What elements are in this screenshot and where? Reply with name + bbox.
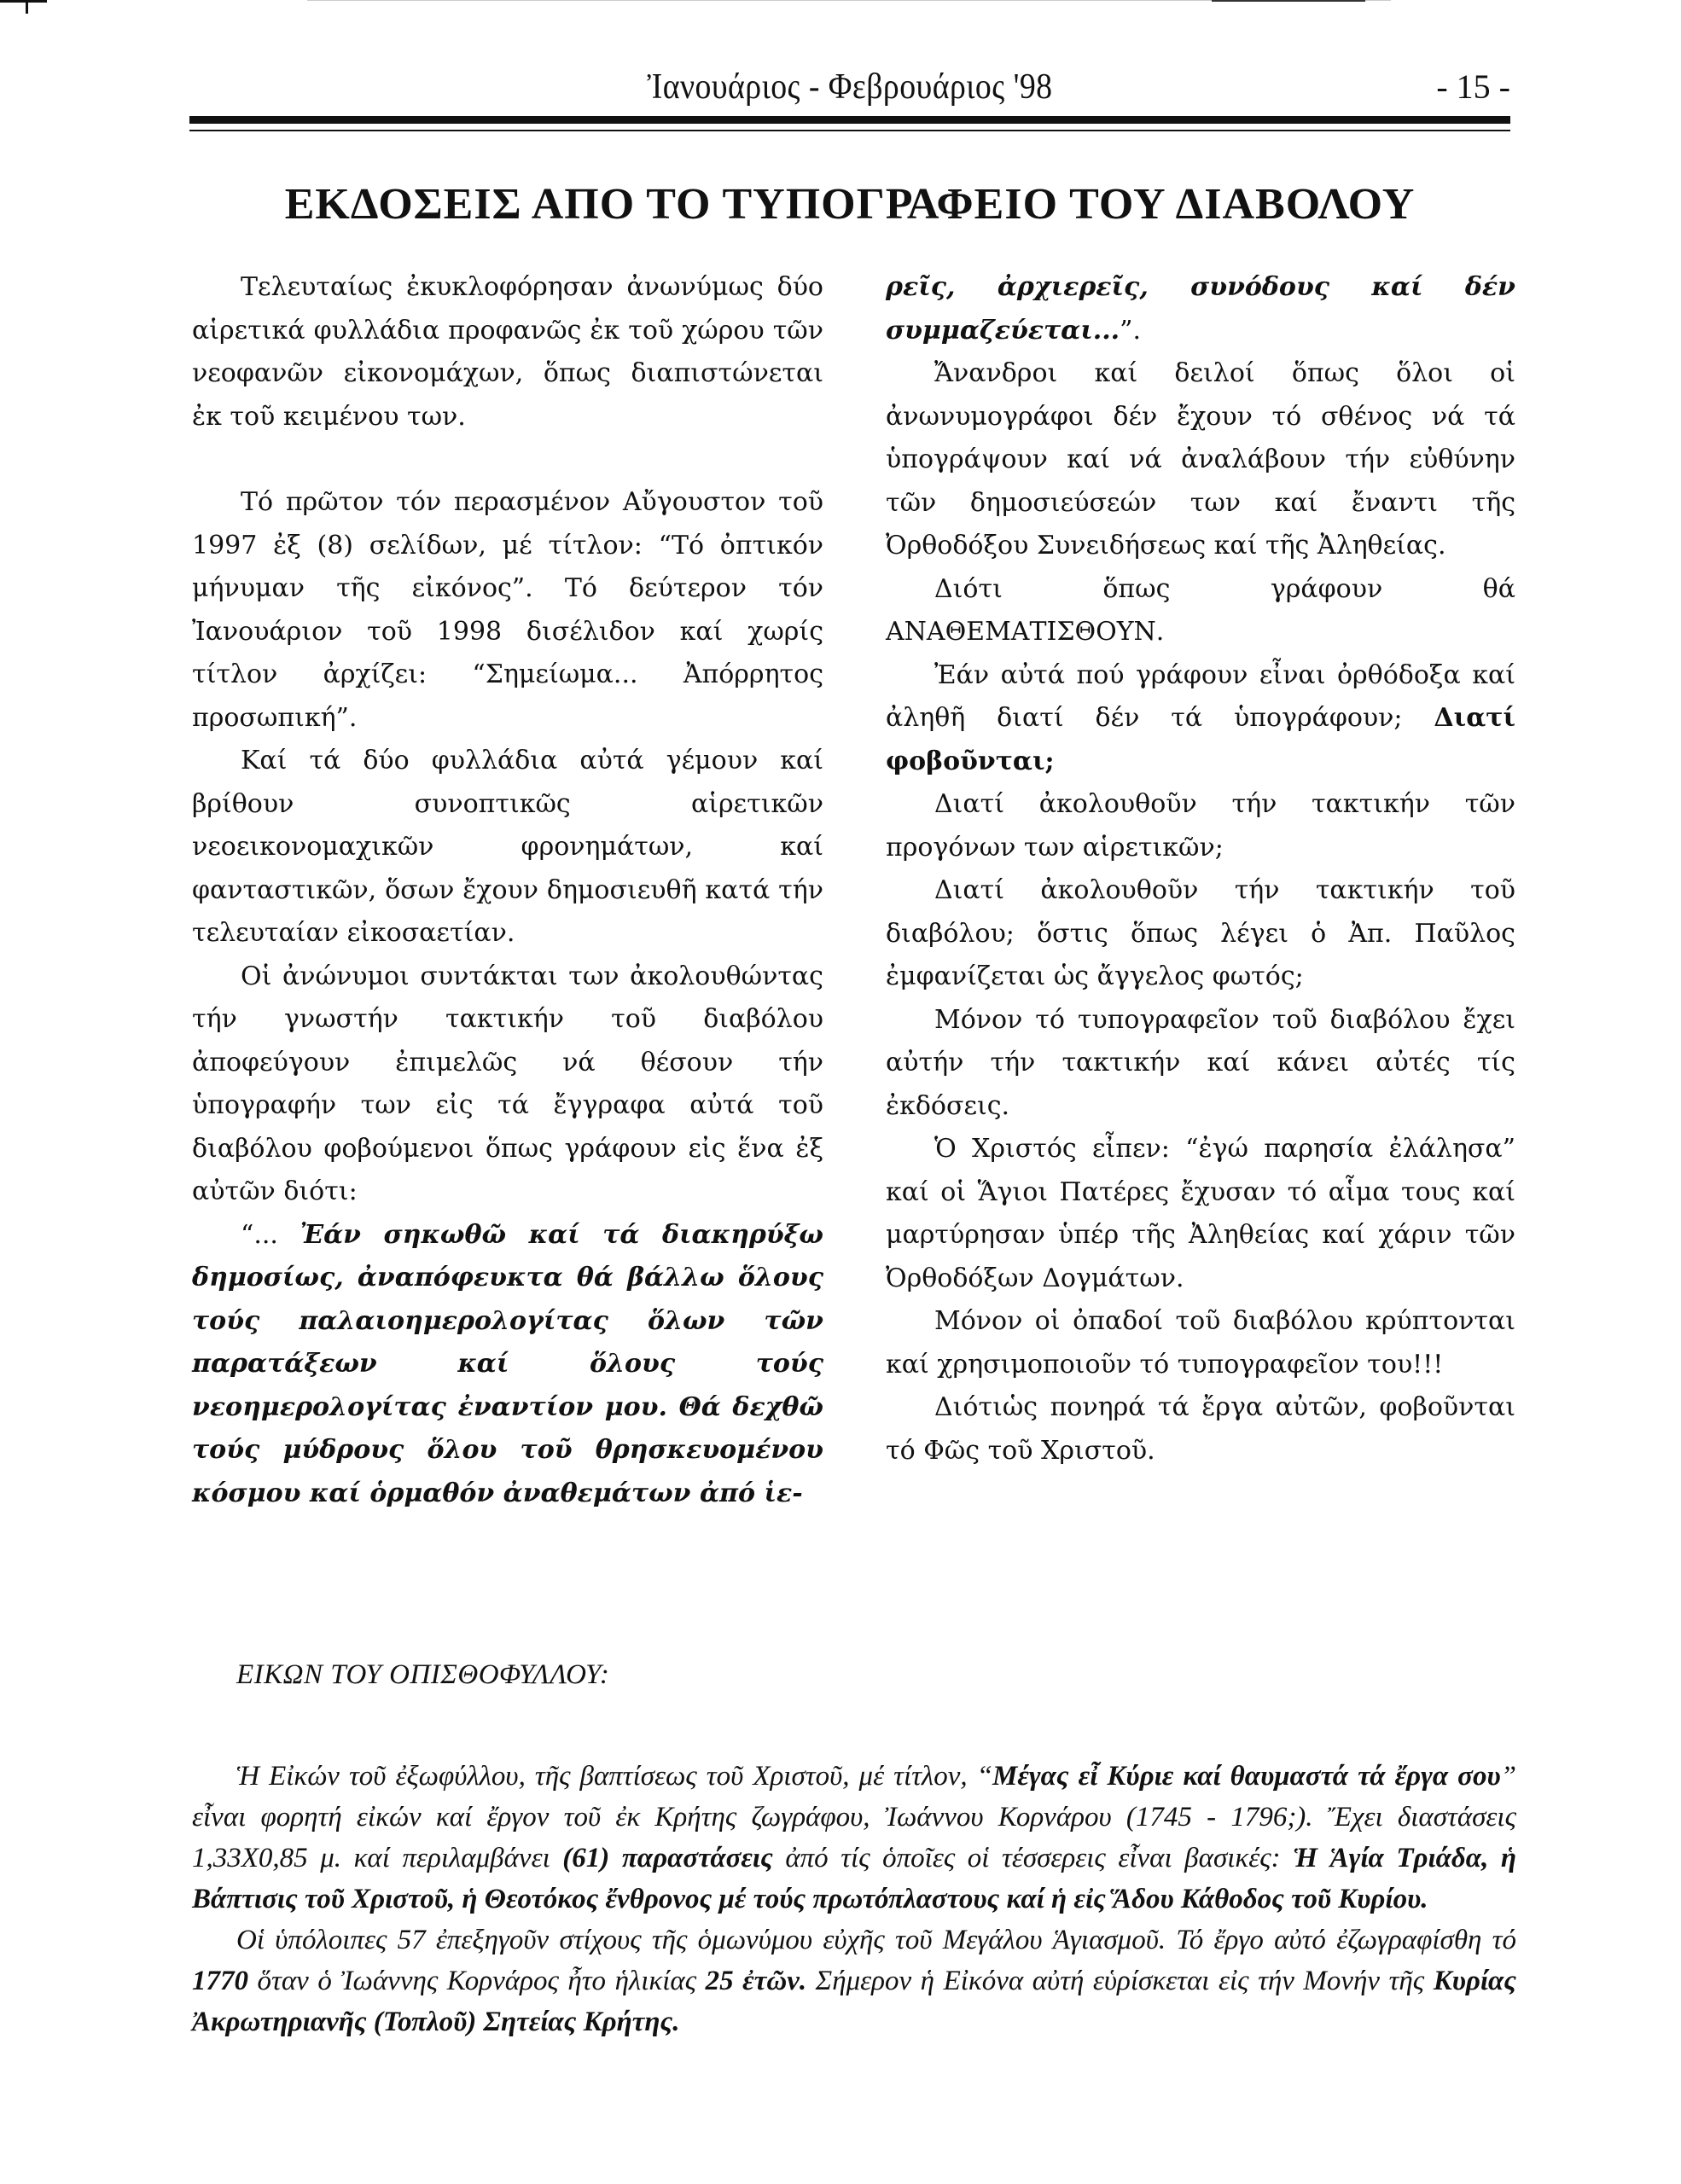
left-column: Τελευταίως ἐκυκλοφόρησαν ἀνωνύμως δύο αἱ…	[192, 266, 823, 1515]
scan-artifact	[1212, 0, 1365, 2]
cover-note-body: Ἡ Εἰκών τοῦ ἐξωφύλλου, τῆς βαπτίσεως τοῦ…	[192, 1756, 1516, 2042]
running-header: Ἰανουάριος - Φεβρουάριος '98 - 15 -	[189, 67, 1510, 109]
paragraph: Διατί ἀκολουθοῦν τήν τακτικήν τοῦ διαβόλ…	[886, 869, 1515, 999]
paragraph: Ἄνανδροι καί δειλοί ὅπως ὅλοι οἱ ἀνωνυμο…	[886, 352, 1515, 568]
quote-text: ρεῖς, ἀρχιερεῖς, συνόδους καί δέν συμμαζ…	[886, 272, 1515, 346]
paragraph: Ἡ Εἰκών τοῦ ἐξωφύλλου, τῆς βαπτίσεως τοῦ…	[192, 1756, 1516, 1920]
paragraph: Διότι ὅπως γράφουν θά ΑΝΑΘΕΜΑΤΙΣΘΟΥΝ.	[886, 568, 1515, 654]
article-title: ΕΚΔΟΣΕΙΣ ΑΠΟ ΤΟ ΤΥΠΟΓΡΑΦΕΙΟ ΤΟΥ ΔΙΑΒΟΛΟΥ	[189, 179, 1510, 229]
text-run: Σήμερον ἡ Εἰκόνα αὐτή εὑρίσκεται εἰς τήν…	[806, 1966, 1434, 1996]
right-column: ρεῖς, ἀρχιερεῖς, συνόδους καί δέν συμμαζ…	[886, 266, 1515, 1472]
paragraph: Διότιὡς πονηρά τά ἔργα αὐτῶν, φοβοῦνται …	[886, 1386, 1515, 1472]
issue-date: Ἰανουάριος - Φεβρουάριος '98	[255, 67, 1444, 107]
quote-text: Ἐάν σηκωθῶ καί τά διακηρύξω δημοσίως, ἀν…	[192, 1220, 823, 1508]
quoted-paragraph-continued: ρεῖς, ἀρχιερεῖς, συνόδους καί δέν συμμαζ…	[886, 266, 1515, 352]
cover-note-heading: ΕΙΚΩΝ ΤΟΥ ΟΠΙΣΘΟΦΥΛΛΟΥ:	[236, 1659, 609, 1691]
scan-artifact	[26, 0, 28, 14]
header-rule-thick	[189, 116, 1510, 124]
page-number: - 15 -	[1436, 67, 1510, 107]
quote-open: “...	[241, 1220, 300, 1250]
quote-close: ”.	[1120, 316, 1141, 346]
paragraph: Καί τά δύο φυλλάδια αὐτά γέμουν καί βρίθ…	[192, 740, 823, 955]
emphasis: (61) παραστάσεις	[562, 1843, 772, 1873]
emphasis: 1770	[192, 1966, 248, 1996]
scan-artifact	[0, 0, 47, 3]
paragraph: Τό πρῶτον τόν περασμένον Αὔγουστον τοῦ 1…	[192, 481, 823, 740]
paragraph: Οἱ ὑπόλοιπες 57 ἐπεξηγοῦν στίχους τῆς ὁμ…	[192, 1920, 1516, 2042]
paragraph: Μόνον οἱ ὀπαδοί τοῦ διαβόλου κρύπτονται …	[886, 1300, 1515, 1386]
paragraph: Τελευταίως ἐκυκλοφόρησαν ἀνωνύμως δύο αἱ…	[192, 266, 823, 439]
paragraph: Μόνον τό τυπογραφεῖον τοῦ διαβόλου ἔχει …	[886, 999, 1515, 1129]
paragraph: Ὁ Χριστός εἶπεν: “ἐγώ παρησία ἐλάλησα” κ…	[886, 1128, 1515, 1300]
icon-title: Μέγας εἶ Κύριε καί θαυμαστά τά ἔργα σου	[992, 1761, 1501, 1792]
emphasis: 25 ἐτῶν.	[706, 1966, 806, 1996]
quoted-paragraph: “... Ἐάν σηκωθῶ καί τά διακηρύξω δημοσίω…	[192, 1214, 823, 1516]
text-run: Ἡ Εἰκών τοῦ ἐξωφύλλου, τῆς βαπτίσεως τοῦ…	[236, 1761, 992, 1792]
text-run: ἀπό τίς ὁποῖες οἱ τέσσερεις εἶναι βασικέ…	[773, 1843, 1293, 1873]
paragraph: Οἱ ἀνώνυμοι συντάκται των ἀκολουθώντας τ…	[192, 955, 823, 1214]
header-rule-thin	[189, 130, 1510, 131]
paragraph-text: Ἐάν αὐτά πού γράφουν εἶναι ὀρθόδοξα καί …	[886, 660, 1515, 734]
paragraph: Ἐάν αὐτά πού γράφουν εἶναι ὀρθόδοξα καί …	[886, 654, 1515, 784]
text-run: Οἱ ὑπόλοιπες 57 ἐπεξηγοῦν στίχους τῆς ὁμ…	[236, 1925, 1516, 1955]
paragraph: Διατί ἀκολουθοῦν τήν τακτικήν τῶν προγόν…	[886, 783, 1515, 869]
text-run: ὅταν ὁ Ἰωάννης Κορνάρος ἦτο ἡλικίας	[248, 1966, 706, 1996]
